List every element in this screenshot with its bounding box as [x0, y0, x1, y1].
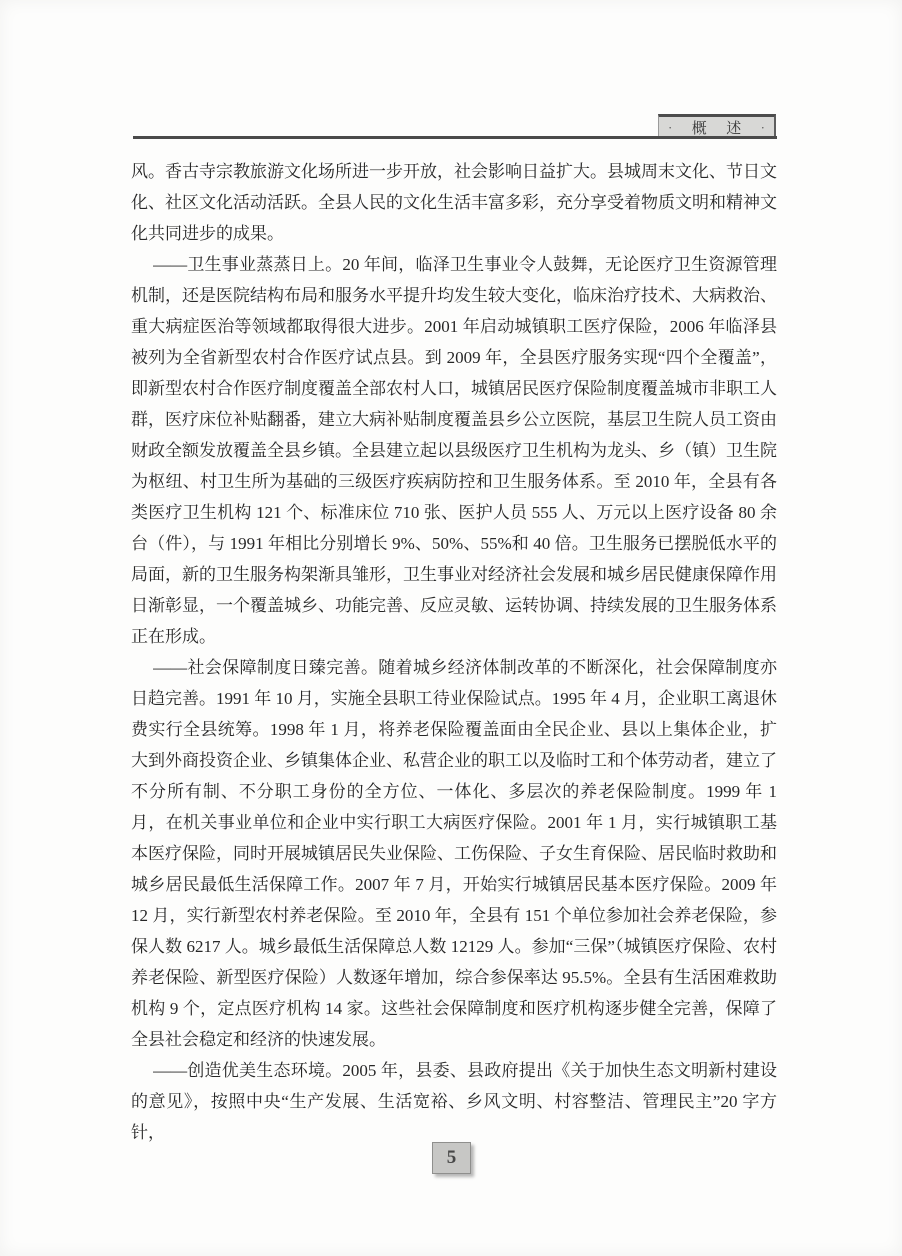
header-rule [133, 136, 777, 139]
page-number-plate: 5 [432, 1142, 471, 1174]
paragraph-social-security: ——社会保障制度日臻完善。随着城乡经济体制改革的不断深化，社会保障制度亦日趋完善… [131, 652, 777, 1055]
paragraph-ecology: ——创造优美生态环境。2005 年，县委、县政府提出《关于加快生态文明新村建设的… [131, 1055, 777, 1148]
page-number: 5 [447, 1147, 457, 1169]
running-head-right-dot: · [761, 120, 765, 136]
paragraph-culture-continuation: 风。香古寺宗教旅游文化场所进一步开放，社会影响日益扩大。县城周末文化、节日文化、… [131, 156, 777, 249]
running-head-title-char-1: 概 [692, 117, 707, 138]
paragraph-health-services: ——卫生事业蒸蒸日上。20 年间，临泽卫生事业令人鼓舞，无论医疗卫生资源管理机制… [131, 249, 777, 652]
article-body: 风。香古寺宗教旅游文化场所进一步开放，社会影响日益扩大。县城周末文化、节日文化、… [131, 156, 777, 1148]
running-head-title-char-2: 述 [726, 117, 741, 138]
scanned-book-page: · 概 述 · 风。香古寺宗教旅游文化场所进一步开放，社会影响日益扩大。县城周末… [0, 0, 902, 1256]
running-head-left-dot: · [668, 120, 672, 136]
